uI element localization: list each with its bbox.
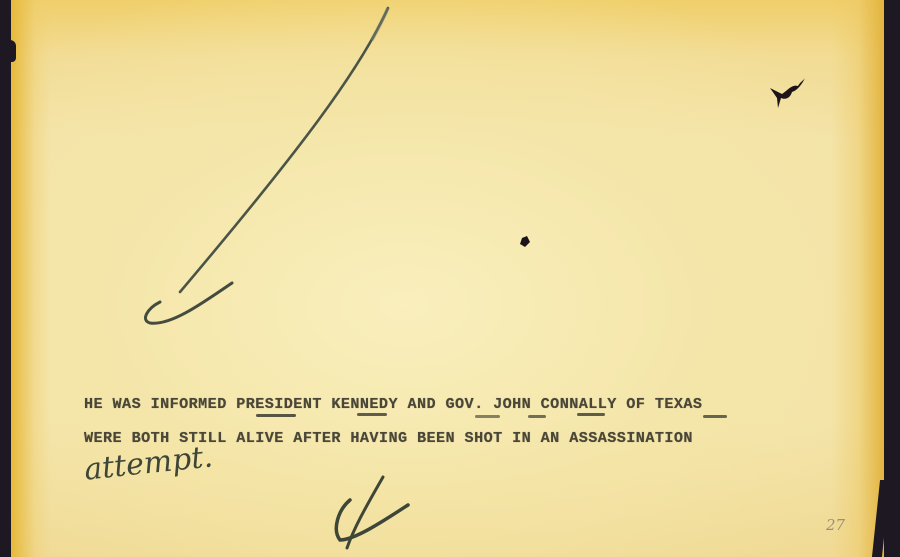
- pencil-arrow-icon: [180, 8, 388, 292]
- check-mark-icon: [336, 500, 408, 540]
- ink-dot-icon: [520, 236, 530, 247]
- page-number: 27: [826, 516, 845, 534]
- typed-line-1: HE WAS INFORMED PRESIDENT KENNEDY AND GO…: [84, 395, 702, 413]
- ink-blot-icon: [770, 78, 805, 108]
- underline-marks: [256, 413, 727, 418]
- arrow-hook-icon: [145, 283, 232, 323]
